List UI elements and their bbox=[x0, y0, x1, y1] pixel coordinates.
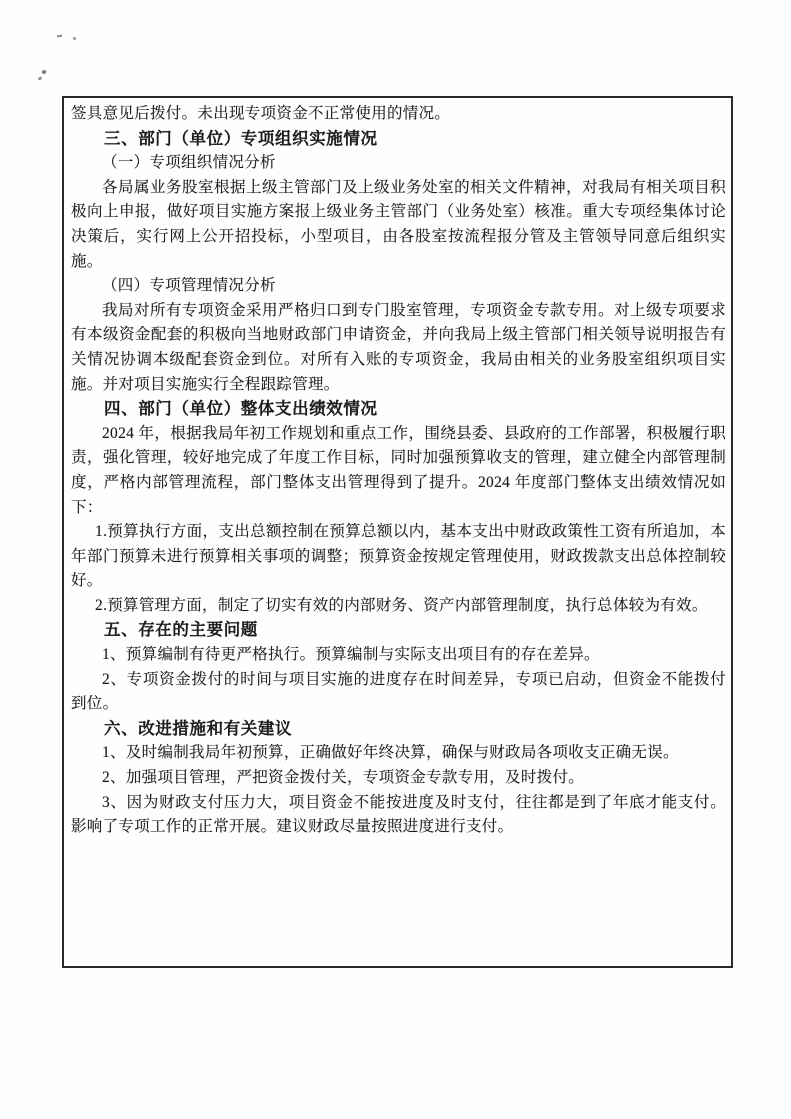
paragraph: 2.预算管理方面，制定了切实有效的内部财务、资产内部管理制度，执行总体较为有效。 bbox=[71, 594, 726, 619]
section-heading: 五、存在的主要问题 bbox=[71, 618, 726, 643]
document-frame: 签具意见后拨付。未出现专项资金不正常使用的情况。三、部门（单位）专项组织实施情况… bbox=[62, 96, 733, 968]
paragraph: 3、因为财政支付压力大，项目资金不能按进度及时支付，往往都是到了年底才能支付。影… bbox=[71, 791, 726, 840]
scan-speck-curl-icon bbox=[41, 69, 46, 74]
paragraph: 2、加强项目管理，严把资金拨付关，专项资金专款专用，及时拨付。 bbox=[71, 766, 726, 791]
subsection-heading: （四）专项管理情况分析 bbox=[71, 274, 726, 299]
paragraph: 1、预算编制有待更严格执行。预算编制与实际支出项目有的存在差异。 bbox=[71, 643, 726, 668]
paragraph: 2、专项资金拨付的时间与项目实施的进度存在时间差异，专项已启动，但资金不能拨付到… bbox=[71, 668, 726, 717]
section-heading: 六、改进措施和有关建议 bbox=[71, 717, 726, 742]
section-heading: 四、部门（单位）整体支出绩效情况 bbox=[71, 397, 726, 422]
scanned-page: 签具意见后拨付。未出现专项资金不正常使用的情况。三、部门（单位）专项组织实施情况… bbox=[0, 0, 791, 1119]
paragraph: 1.预算执行方面，支出总额控制在预算总额以内，基本支出中财政政策性工资有所追加，… bbox=[71, 520, 726, 594]
scan-speck-dash-icon bbox=[57, 35, 62, 38]
paragraph: 我局对所有专项资金采用严格归口到专门股室管理，专项资金专款专用。对上级专项要求有… bbox=[71, 299, 726, 397]
paragraph: 2024 年，根据我局年初工作规划和重点工作，围绕县委、县政府的工作部署，积极履… bbox=[71, 422, 726, 520]
section-heading: 三、部门（单位）专项组织实施情况 bbox=[71, 127, 726, 152]
subsection-heading: （一）专项组织情况分析 bbox=[71, 151, 726, 176]
scan-speck-dot2-icon bbox=[38, 76, 43, 81]
paragraph: 签具意见后拨付。未出现专项资金不正常使用的情况。 bbox=[71, 102, 726, 127]
paragraph: 1、及时编制我局年初预算，正确做好年终决算，确保与财政局各项收支正确无误。 bbox=[71, 741, 726, 766]
paragraph: 各局属业务股室根据上级主管部门及上级业务处室的相关文件精神，对我局有相关项目积极… bbox=[71, 176, 726, 274]
scan-speck-dot-icon bbox=[73, 37, 76, 40]
document-body: 签具意见后拨付。未出现专项资金不正常使用的情况。三、部门（单位）专项组织实施情况… bbox=[71, 102, 726, 840]
